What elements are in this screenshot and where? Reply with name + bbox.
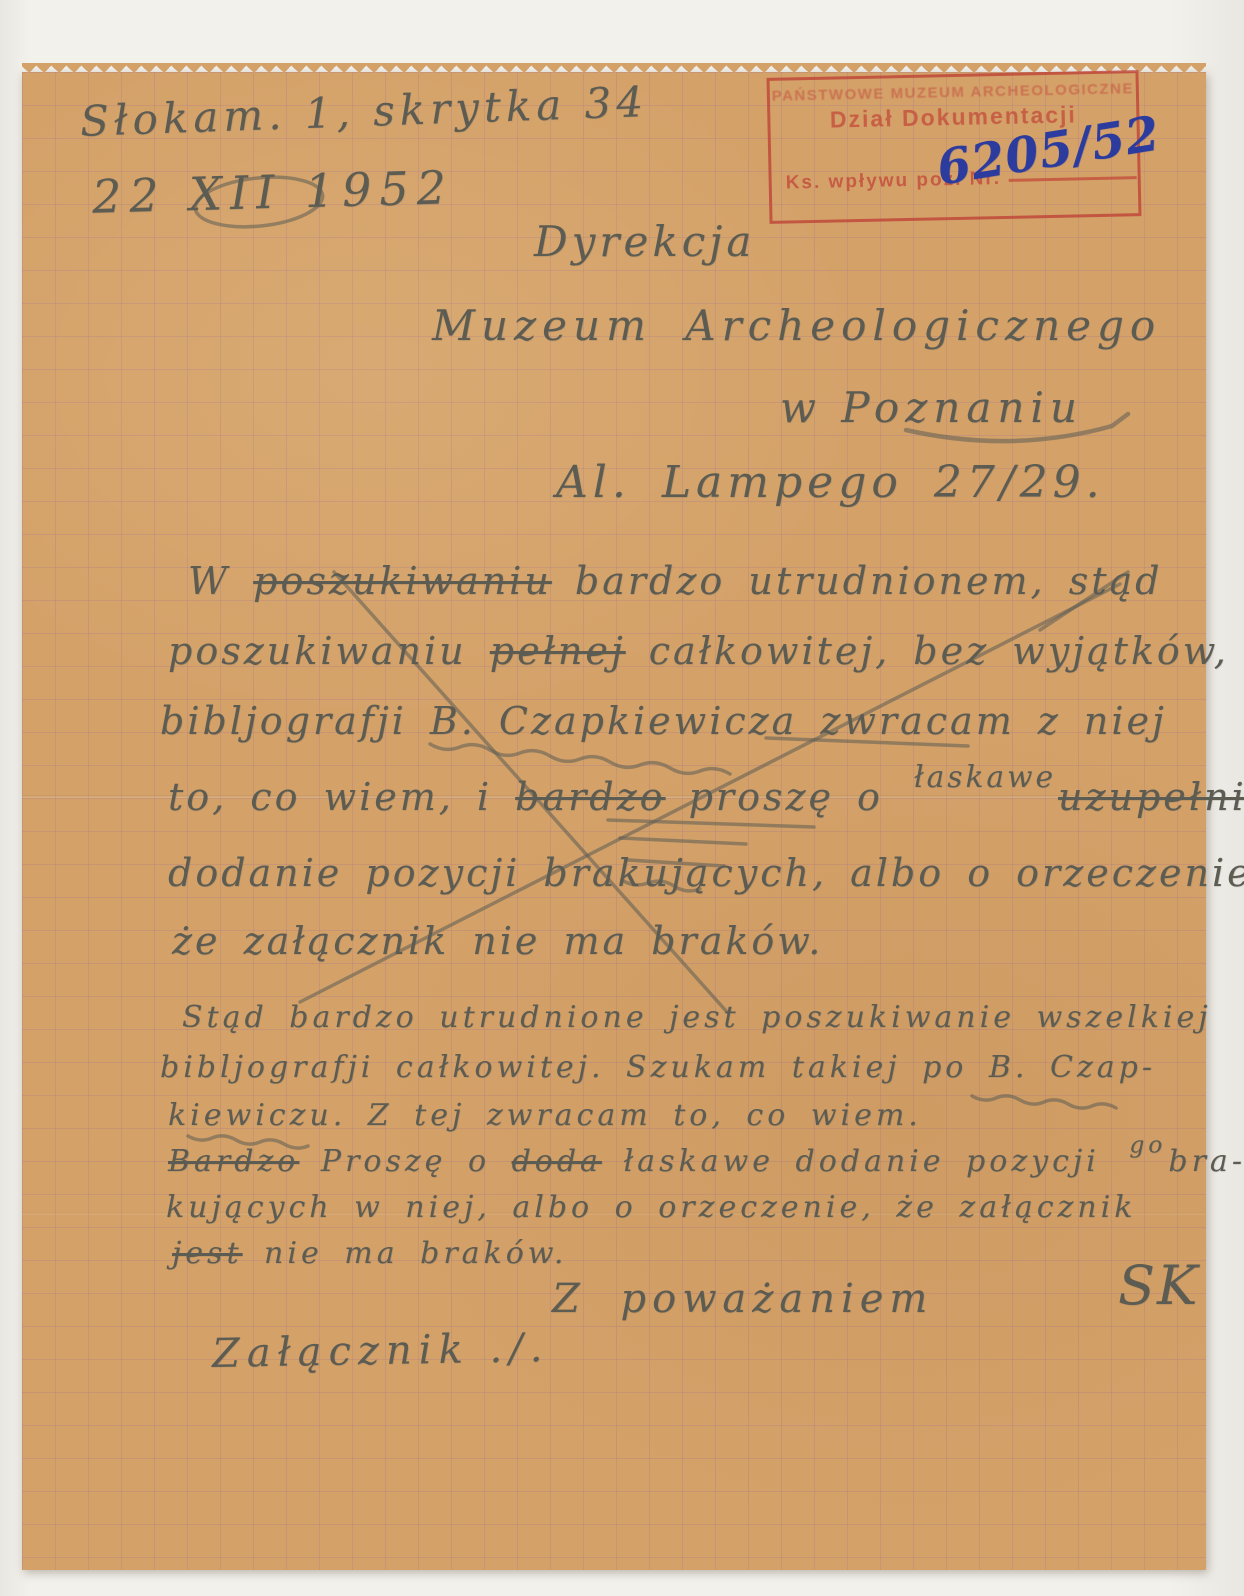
underline-b-czap xyxy=(972,1096,1116,1108)
handwritten-text: Stąd bardzo utrudnione jest poszukiwanie… xyxy=(182,1000,1212,1035)
enclosure-note: Załącznik ./. xyxy=(212,1327,550,1375)
body-line: jest nie ma braków. xyxy=(172,1238,567,1270)
struck-text: uzupełnienie xyxy=(1058,775,1244,819)
handwritten-text: bibljografji całkowitej. Szukam takiej p… xyxy=(160,1050,1156,1085)
struck-text: jest xyxy=(172,1236,243,1271)
body-line: Stąd bardzo utrudnione jest poszukiwanie… xyxy=(182,1002,1212,1034)
handwritten-text: całkowitej, bez wyjątków, xyxy=(626,629,1229,673)
body-line: bibljografji całkowitej. Szukam takiej p… xyxy=(160,1052,1156,1084)
scribble-mark xyxy=(608,820,814,827)
body-line: dodanie pozycji brakujących, albo o orze… xyxy=(168,854,1244,894)
recipient-line-2: Muzeum Archeologicznego xyxy=(432,304,1161,348)
scribble-mark xyxy=(620,838,746,844)
handwritten-text: nie ma braków. xyxy=(243,1236,568,1271)
handwritten-text: kiewiczu. Z tej zwracam to, co wiem. xyxy=(168,1098,922,1133)
handwritten-text: proszę o xyxy=(666,775,907,819)
body-line: bibljografji B. Czapkiewicza zwracam z n… xyxy=(160,702,1167,742)
handwritten-text: bardzo utrudnionem, stąd xyxy=(552,559,1163,603)
handwritten-text: W xyxy=(188,559,253,603)
body-line: to, co wiem, i bardzo proszę o łaskaweuz… xyxy=(168,778,1244,818)
handwritten-text: kujących w niej, albo o orzeczenie, że z… xyxy=(166,1190,1136,1225)
pencil-marks-overlay xyxy=(22,72,1206,1570)
scan-background: { "scan": { "paper_color": "#d4a269", "g… xyxy=(0,0,1244,1596)
struck-text: doda xyxy=(512,1144,602,1179)
body-line: W poszukiwaniu bardzo utrudnionem, stąd xyxy=(188,562,1162,602)
body-line: kujących w niej, albo o orzeczenie, że z… xyxy=(166,1192,1136,1224)
body-line: że załącznik nie ma braków. xyxy=(172,922,823,962)
signature: SK xyxy=(1118,1258,1199,1315)
handwritten-text: poszukiwaniu xyxy=(168,629,490,673)
inserted-text: łaskawe xyxy=(914,761,1056,792)
struck-text: poszukiwaniu xyxy=(253,559,552,603)
handwritten-text: Proszę o xyxy=(299,1144,511,1179)
letter-date: 22 XII 1952 xyxy=(91,163,454,221)
handwritten-text: dodanie pozycji brakujących, albo o orze… xyxy=(168,851,1244,895)
struck-text: Bardzo xyxy=(168,1144,299,1179)
sender-address: Słokam. 1, skrytka 34 xyxy=(79,80,648,144)
body-line: Bardzo Proszę o doda łaskawe dodanie poz… xyxy=(168,1146,1244,1178)
recipient-line-3: w Poznaniu xyxy=(780,386,1083,430)
body-line: kiewiczu. Z tej zwracam to, co wiem. xyxy=(168,1100,922,1132)
handwritten-text: to, co wiem, i xyxy=(168,775,515,819)
handwritten-text: bibljografji B. Czapkiewicza zwracam z n… xyxy=(160,699,1167,743)
valediction: Z poważaniem xyxy=(552,1278,933,1320)
underline-czapkiewicza xyxy=(430,744,730,774)
recipient-line-4: Al. Lampego 27/29. xyxy=(556,460,1105,506)
struck-text: pełnej xyxy=(490,629,626,673)
registry-stamp: PAŃSTWOWE MUZEUM ARCHEOLOGICZNE Dział Do… xyxy=(767,70,1142,224)
handwritten-text: że załącznik nie ma braków. xyxy=(172,919,823,963)
body-line: poszukiwaniu pełnej całkowitej, bez wyją… xyxy=(168,632,1229,672)
handwritten-text: bra- xyxy=(1168,1144,1244,1179)
struck-text: bardzo xyxy=(515,775,665,819)
inserted-text: go xyxy=(1129,1133,1166,1158)
handwritten-text: łaskawe dodanie pozycji xyxy=(602,1144,1121,1179)
letter-paper: Słokam. 1, skrytka 34 22 XII 1952 PAŃSTW… xyxy=(22,72,1206,1570)
recipient-line-1: Dyrekcja xyxy=(534,220,755,264)
